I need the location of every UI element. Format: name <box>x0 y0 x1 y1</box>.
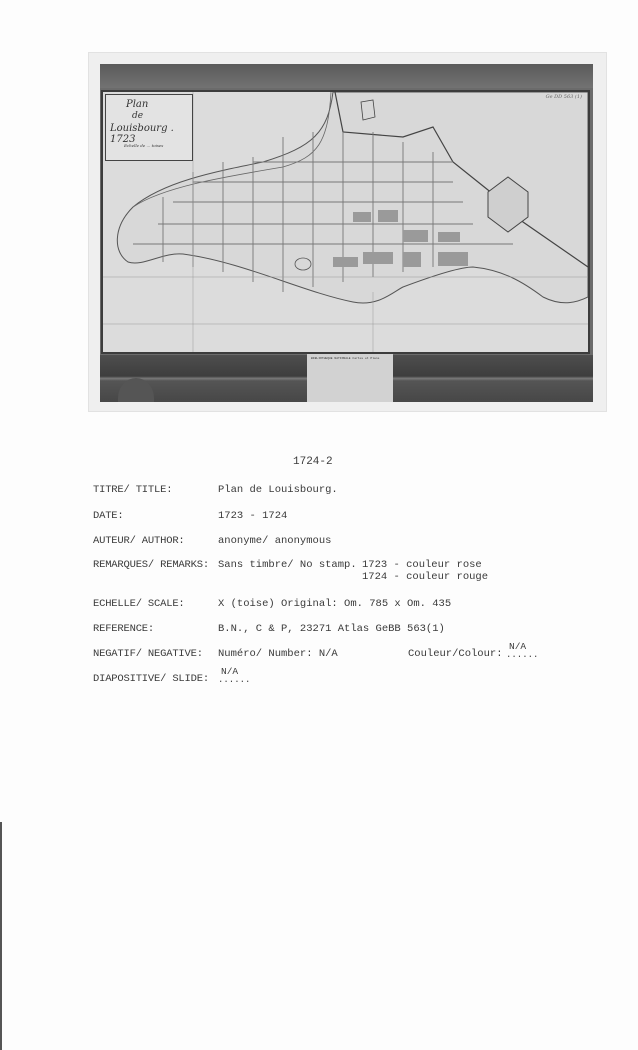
colour-label: Couleur/Colour: <box>408 648 503 660</box>
cartouche-line2: de <box>132 111 143 121</box>
field-label: ECHELLE/ SCALE: <box>93 598 218 610</box>
cartouche-line3: Louisbourg . 1723 <box>110 123 192 145</box>
field-value: X (toise) Original: Om. 785 x Om. 435 <box>218 598 451 610</box>
photo-top-band <box>100 64 593 88</box>
document-id: 1724-2 <box>293 456 333 468</box>
field-value: B.N., C & P, 23271 Atlas GeBB 563(1) <box>218 623 445 635</box>
field-label: REMARQUES/ REMARKS: <box>93 559 218 571</box>
slide-na: N/A <box>221 666 238 677</box>
cartouche-line1: Plan <box>126 99 148 110</box>
field-value: 1723 - 1724 <box>218 510 287 522</box>
colour-na: N/A <box>509 641 526 652</box>
slide-value: N/A ...... <box>218 675 250 686</box>
cartouche-scale-note: Echelle de ... toises <box>124 143 163 148</box>
map-plan-louisbourg: Plan de Louisbourg . 1723 Echelle de ...… <box>101 90 590 354</box>
field-value: Sans timbre/ No stamp. <box>218 559 357 571</box>
field-label: DATE: <box>93 510 218 522</box>
remark-note-1: 1723 - couleur rose <box>362 559 482 571</box>
field-value: anonyme/ anonymous <box>218 535 331 547</box>
field-label: NEGATIF/ NEGATIVE: <box>93 648 218 660</box>
remark-note-2: 1724 - couleur rouge <box>362 571 488 583</box>
field-label: REFERENCE: <box>93 623 218 635</box>
field-label: AUTEUR/ AUTHOR: <box>93 535 218 547</box>
map-cartouche: Plan de Louisbourg . 1723 Echelle de ...… <box>105 94 193 161</box>
library-label-card: BIBLIOTHEQUE NATIONALE Cartes et Plans <box>307 354 393 402</box>
field-label: TITRE/ TITLE: <box>93 484 218 496</box>
field-value: Plan de Louisbourg. <box>218 484 338 496</box>
label-card-text: BIBLIOTHEQUE NATIONALE Cartes et Plans <box>311 357 379 360</box>
map-reference-mark: Ge DD 563 (1) <box>546 94 582 100</box>
field-label: DIAPOSITIVE/ SLIDE: <box>93 673 218 685</box>
map-photograph: Plan de Louisbourg . 1723 Echelle de ...… <box>100 64 593 402</box>
scan-edge-line <box>0 822 2 1050</box>
colour-value: N/A ...... <box>506 650 538 661</box>
field-value: Numéro/ Number: N/A <box>218 648 338 660</box>
